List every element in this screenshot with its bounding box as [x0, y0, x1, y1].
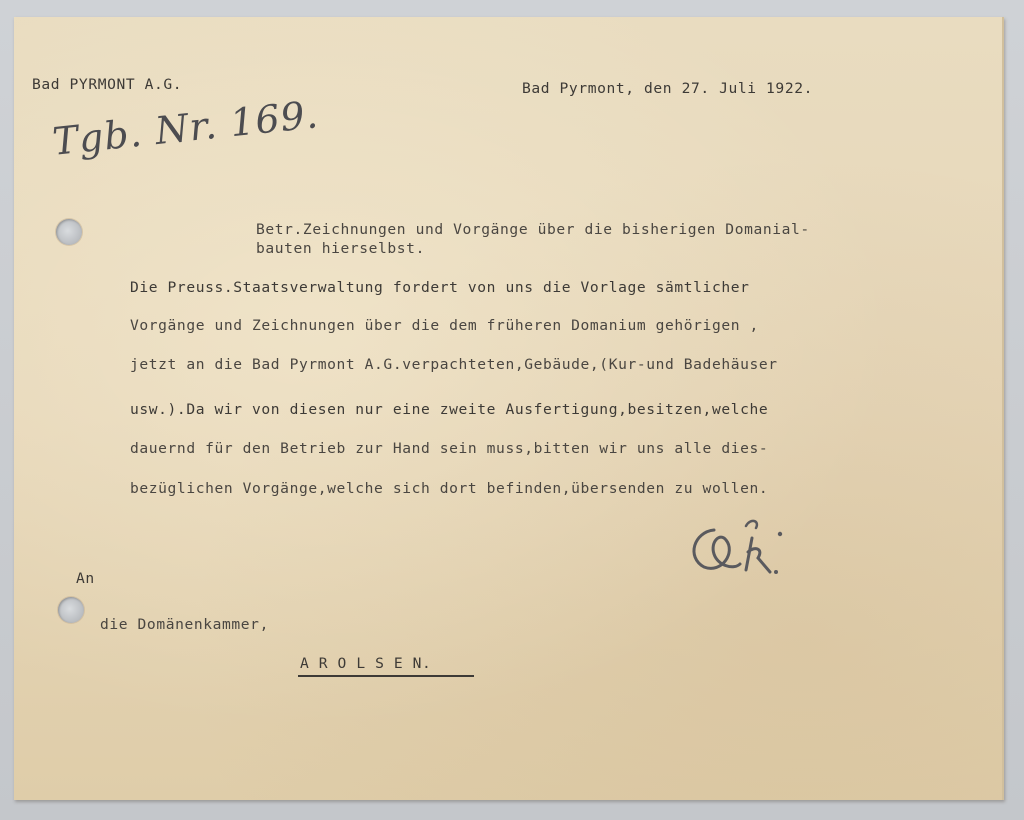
recipient-city-underline	[298, 675, 474, 677]
body-line: dauernd für den Betrieb zur Hand sein mu…	[130, 442, 768, 457]
punch-hole-bottom	[58, 597, 84, 623]
body-line: jetzt an die Bad Pyrmont A.G.verpachtete…	[130, 358, 778, 373]
signature-icon	[684, 512, 794, 582]
body-line: Vorgänge und Zeichnungen über die dem fr…	[130, 319, 759, 334]
punch-hole-top	[56, 219, 82, 245]
subject-line-1: Betr.Zeichnungen und Vorgänge über die b…	[256, 223, 810, 238]
body-line: usw.).Da wir von diesen nur eine zweite …	[130, 403, 768, 418]
place-date: Bad Pyrmont, den 27. Juli 1922.	[522, 82, 813, 97]
recipient-name: die Domänenkammer,	[100, 618, 269, 633]
recipient-salutation: An	[76, 572, 95, 587]
sender-name: Bad PYRMONT A.G.	[32, 78, 182, 93]
recipient-city: A R O L S E N.	[300, 657, 431, 672]
body-line: Die Preuss.Staatsverwaltung fordert von …	[130, 281, 750, 296]
body-line: bezüglichen Vorgänge,welche sich dort be…	[130, 482, 768, 497]
subject-line-2: bauten hierselbst.	[256, 242, 425, 257]
